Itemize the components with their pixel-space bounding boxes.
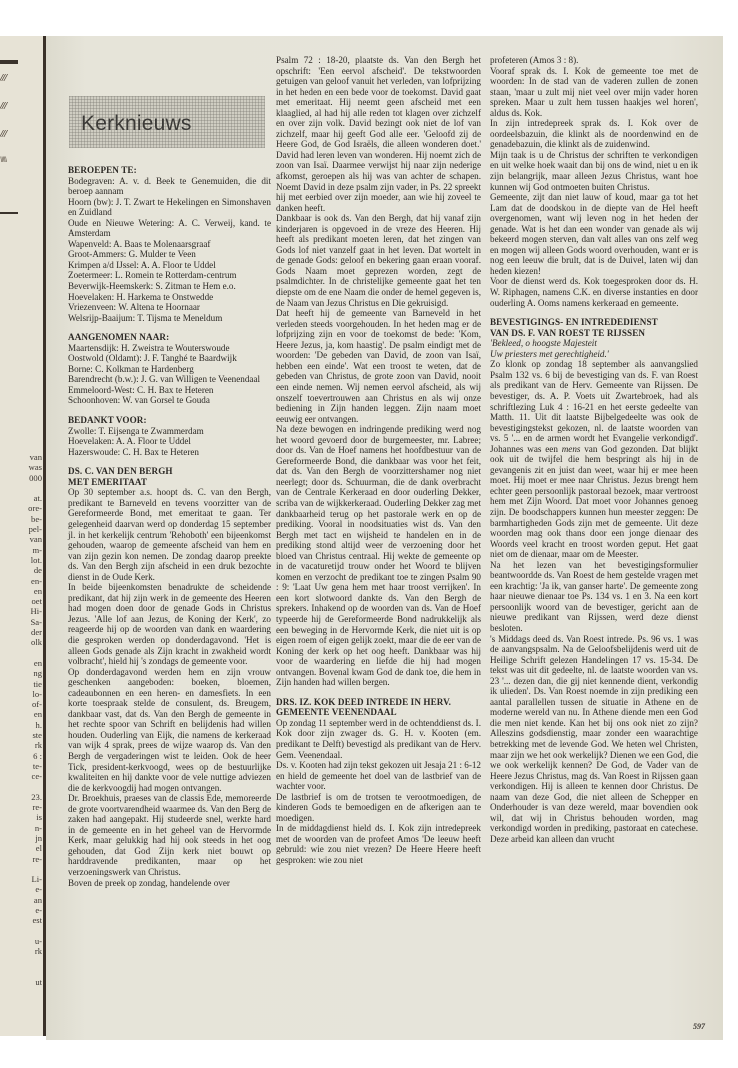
paragraph: Na deze bewogen en indringende prediking…: [276, 424, 481, 688]
heading-beroepen: BEROEPEN TE:: [68, 165, 271, 176]
fragment-line: en-: [2, 576, 42, 586]
fragment-line: re-: [2, 854, 42, 864]
fragment-line: olk: [2, 637, 42, 647]
fragment-line: en: [2, 658, 42, 668]
fragment-line: be-: [2, 514, 42, 524]
fragment-line: 6 :: [2, 751, 42, 761]
list-item: Krimpen a/d IJssel: A. A. Floor te Uddel: [68, 260, 271, 271]
article-heading-van-den-bergh: DS. C. VAN DEN BERGH MET EMERITAAT: [68, 466, 271, 487]
fragment-line: rk: [2, 740, 42, 750]
paragraph: Dankbaar is ook ds. Van den Bergh, dat h…: [276, 213, 481, 308]
list-item: Maartensdijk: H. Zweistra te Wouterswoud…: [68, 343, 271, 354]
fragment-line: ce-: [2, 771, 42, 781]
list-item: Zoetermeer: L. Romein te Rotterdam-centr…: [68, 270, 271, 281]
fragment-line: lo-: [2, 689, 42, 699]
article-heading-kok: DRS. IZ. KOK DEED INTREDE IN HERV. GEMEE…: [276, 697, 481, 718]
list-item: Wapenveld: A. Baas te Molenaarsgraaf: [68, 239, 271, 250]
heading-line: GEMEENTE VEENENDAAL: [276, 707, 481, 718]
paragraph: Boven de preek op zondag, handelende ove…: [68, 878, 271, 889]
section-banner: Kerknieuws: [69, 96, 265, 148]
fragment-line: an: [2, 895, 42, 905]
list-item: Zwolle: T. Eijsenga te Zwammerdam: [68, 426, 271, 437]
paragraph: profeteren (Amos 3 : 8).: [490, 55, 698, 66]
list-item: Welsrijp-Baaijum: T. Tijsma te Meneldum: [68, 313, 271, 324]
fragment-line: [2, 648, 42, 658]
paragraph: In zijn intredepreek sprak ds. I. Kok ov…: [490, 118, 698, 150]
page-number: 597: [693, 1022, 705, 1031]
fragment-line: der: [2, 627, 42, 637]
fragment-line: ore-: [2, 503, 42, 513]
fragment-line: [2, 483, 42, 493]
fragment-line: e-: [2, 905, 42, 915]
striped-pattern-icon: \\\\\: [0, 154, 18, 166]
facing-page-fragment: /// /// /// \\\\\ vanwas000 at.ore-be-pe…: [0, 36, 44, 1036]
divider-rule: [0, 60, 18, 64]
fragment-line: oet: [2, 596, 42, 606]
paragraph: In de middagdienst hield ds. I. Kok zijn…: [276, 823, 481, 865]
fragment-line: of-: [2, 699, 42, 709]
quote: 'Bekleed, o hoogste Majesteit Uw prieste…: [490, 338, 698, 359]
list-item: Groot-Ammers: G. Mulder te Veen: [68, 249, 271, 260]
paragraph: Op 30 september a.s. hoopt ds. C. van de…: [68, 487, 271, 582]
quote-line: 'Bekleed, o hoogste Majesteit: [490, 338, 698, 349]
fragment-line: [2, 967, 42, 977]
list-item: Emmeloord-West: C. H. Bax te Heteren: [68, 385, 271, 396]
fragment-line: ut: [2, 977, 42, 987]
heading-aangenomen: AANGENOMEN NAAR:: [68, 332, 271, 343]
fragment-line: Hi-: [2, 606, 42, 616]
paragraph: Dr. Broekhuis, praeses van de classis Ed…: [68, 793, 271, 877]
fragment-line: h.: [2, 720, 42, 730]
fragment-line: lot.: [2, 555, 42, 565]
facing-page-text: vanwas000 at.ore-be-pel-vanm-lot.deen-en…: [2, 452, 42, 987]
fragment-line: Li-: [2, 874, 42, 884]
paragraph: Dat heeft hij de gemeente van Barneveld …: [276, 308, 481, 424]
list-item: Hoevelaken: A. A. Floor te Uddel: [68, 436, 271, 447]
fragment-line: rk: [2, 946, 42, 956]
fragment-line: en: [2, 586, 42, 596]
heading-bedankt: BEDANKT VOOR:: [68, 415, 271, 426]
column-1: BEROEPEN TE: Bodegraven: A. v. d. Beek t…: [68, 165, 271, 888]
bedankt-list: Zwolle: T. Eijsenga te Zwammerdam Hoevel…: [68, 426, 271, 458]
paragraph: Psalm 72 : 18-20, plaatste ds. Van den B…: [276, 55, 481, 213]
list-item: Oude en Nieuwe Wetering: A. C. Verweij, …: [68, 218, 271, 239]
fragment-line: 000: [2, 473, 42, 483]
striped-pattern-icon: ///: [0, 72, 18, 84]
list-item: Borne: C. Kolkman te Hardenberg: [68, 364, 271, 375]
emphasis: mens: [562, 444, 581, 454]
fragment-line: el: [2, 843, 42, 853]
paragraph: Ds. v. Kooten had zijn tekst gekozen uit…: [276, 760, 481, 792]
paragraph: Gemeente, zijt dan niet lauw of koud, ma…: [490, 192, 698, 276]
fragment-line: e-: [2, 884, 42, 894]
fragment-line: jn: [2, 833, 42, 843]
fragment-line: is: [2, 812, 42, 822]
fragment-line: at.: [2, 493, 42, 503]
column-3: profeteren (Amos 3 : 8). Vooraf sprak ds…: [490, 55, 698, 844]
fragment-line: was: [2, 462, 42, 472]
list-item: Bodegraven: A. v. d. Beek te Genemuiden,…: [68, 176, 271, 197]
paragraph: In beide bijeenkomsten benadrukte de sch…: [68, 582, 271, 666]
paragraph: 's Middags deed ds. Van Roest intrede. P…: [490, 634, 698, 845]
article-heading-van-roest: BEVESTIGINGS- EN INTREDEDIENST VAN DS. F…: [490, 317, 698, 338]
paragraph: Op donderdagavond werden hem en zijn vro…: [68, 667, 271, 794]
fragment-line: u-: [2, 936, 42, 946]
fragment-line: [2, 926, 42, 936]
paragraph: De lastbrief is om de trotsen te verootm…: [276, 792, 481, 824]
fragment-line: Sa-: [2, 617, 42, 627]
fragment-line: m-: [2, 545, 42, 555]
paragraph: Voor de dienst werd ds. Kok toegesproken…: [490, 276, 698, 308]
divider-rule: [0, 212, 18, 214]
list-item: Beverwijk-Heemskerk: S. Zitman te Hem e.…: [68, 281, 271, 292]
beroepen-list: Bodegraven: A. v. d. Beek te Genemuiden,…: [68, 176, 271, 324]
fragment-line: tie: [2, 679, 42, 689]
heading-line: DS. C. VAN DEN BERGH: [68, 466, 271, 477]
fragment-line: [2, 782, 42, 792]
paragraph-text: Zo klonk op zondag 18 september als aanv…: [490, 359, 698, 453]
striped-pattern-icon: ///: [0, 100, 18, 112]
paragraph-text: van God gezonden. Dat blijkt ook uit de …: [490, 444, 698, 559]
heading-line: VAN DS. F. VAN ROEST TE RIJSSEN: [490, 328, 698, 339]
list-item: Vriezenveen: W. Altena te Hoornaar: [68, 302, 271, 313]
list-item: Schoonhoven: W. van Gorsel te Gouda: [68, 395, 271, 406]
fragment-line: van: [2, 452, 42, 462]
heading-line: MET EMERITAAT: [68, 477, 271, 488]
fragment-line: 23.: [2, 792, 42, 802]
fragment-line: re-: [2, 802, 42, 812]
list-item: Hoevelaken: H. Harkema te Onstwedde: [68, 292, 271, 303]
paragraph: Zo klonk op zondag 18 september als aanv…: [490, 359, 698, 559]
paragraph: Na het lezen van het bevestigingsformuli…: [490, 560, 698, 634]
list-item: Hoorn (bw): J. T. Zwart te Hekelingen en…: [68, 197, 271, 218]
list-item: Barendrecht (b.w.): J. G. van Willigen t…: [68, 374, 271, 385]
fragment-line: en: [2, 709, 42, 719]
quote-line: Uw priesters met gerechtigheid.': [490, 349, 698, 360]
paragraph: Vooraf sprak ds. I. Kok de gemeente toe …: [490, 66, 698, 119]
list-item: Hazerswoude: C. H. Bax te Heteren: [68, 447, 271, 458]
fragment-line: de: [2, 565, 42, 575]
heading-line: DRS. IZ. KOK DEED INTREDE IN HERV.: [276, 697, 481, 708]
fragment-line: te-: [2, 761, 42, 771]
section-title: Kerknieuws: [81, 112, 192, 136]
fragment-line: [2, 957, 42, 967]
fragment-line: ng: [2, 668, 42, 678]
fragment-line: ste: [2, 730, 42, 740]
fragment-line: [2, 864, 42, 874]
column-2: Psalm 72 : 18-20, plaatste ds. Van den B…: [276, 55, 481, 866]
fragment-line: est: [2, 915, 42, 925]
heading-line: BEVESTIGINGS- EN INTREDEDIENST: [490, 317, 698, 328]
paragraph: Mijn taak is u de Christus der schriften…: [490, 150, 698, 192]
aangenomen-list: Maartensdijk: H. Zweistra te Wouterswoud…: [68, 343, 271, 406]
paragraph: Op zondag 11 september werd in de ochten…: [276, 718, 481, 760]
striped-pattern-icon: ///: [0, 128, 18, 140]
list-item: Oostwold (Oldamt): J. F. Tanghé te Baard…: [68, 353, 271, 364]
fragment-line: n-: [2, 823, 42, 833]
fragment-line: van: [2, 534, 42, 544]
fragment-line: pel-: [2, 524, 42, 534]
